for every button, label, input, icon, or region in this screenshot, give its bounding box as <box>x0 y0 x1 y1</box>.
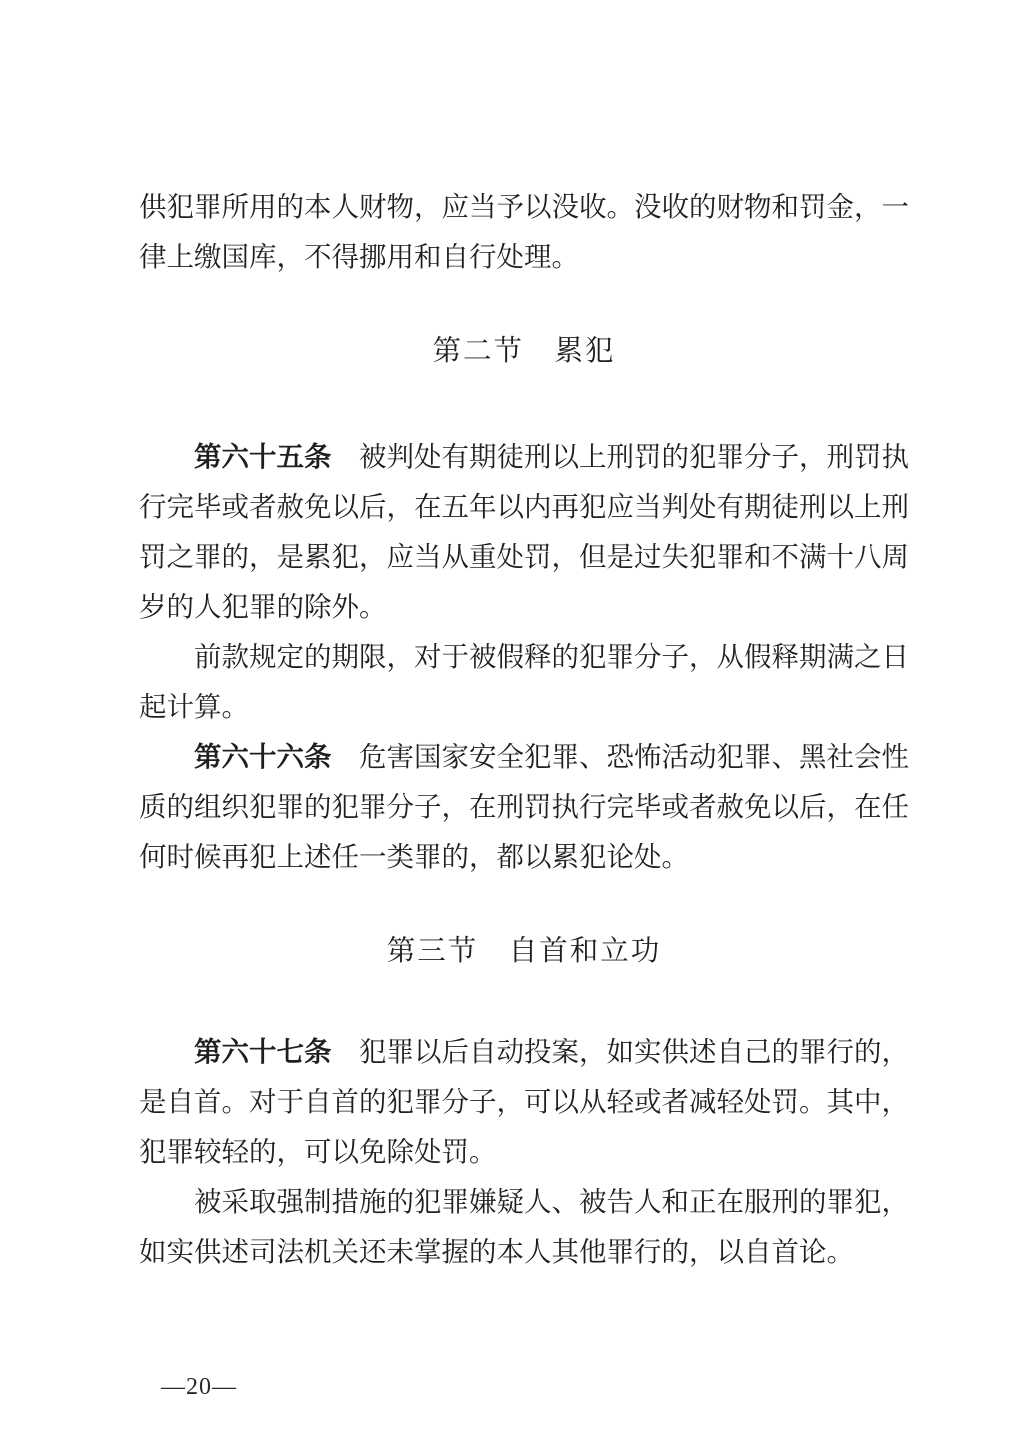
article-65-number: 第六十五条 <box>194 441 332 472</box>
text-line: 罚之罪的，是累犯，应当从重处罚，但是过失犯罪和不满十八周 <box>139 532 909 582</box>
article-65-text: 被判处有期徒刑以上刑罚的犯罪分子，刑罚执 <box>332 441 910 472</box>
text-line: 供犯罪所用的本人财物，应当予以没收。没收的财物和罚金，一 <box>139 182 909 232</box>
article-67-number: 第六十七条 <box>194 1036 332 1067</box>
article-66-number: 第六十六条 <box>194 741 332 772</box>
document-page: 供犯罪所用的本人财物，应当予以没收。没收的财物和罚金，一 律上缴国库，不得挪用和… <box>0 0 1024 1448</box>
article-66: 第六十六条 危害国家安全犯罪、恐怖活动犯罪、黑社会性 质的组织犯罪的犯罪分子，在… <box>139 732 909 882</box>
document-body: 供犯罪所用的本人财物，应当予以没收。没收的财物和罚金，一 律上缴国库，不得挪用和… <box>139 182 909 1277</box>
article-67-text: 犯罪以后自动投案，如实供述自己的罪行的， <box>332 1036 910 1067</box>
page-number: —20— <box>161 1372 237 1402</box>
text-line: 是自首。对于自首的犯罪分子，可以从轻或者减轻处罚。其中， <box>139 1077 909 1127</box>
text-line: 第六十七条 犯罪以后自动投案，如实供述自己的罪行的， <box>139 1027 909 1077</box>
article-65: 第六十五条 被判处有期徒刑以上刑罚的犯罪分子，刑罚执 行完毕或者赦免以后，在五年… <box>139 432 909 632</box>
text-line: 起计算。 <box>139 682 909 732</box>
text-line: 被采取强制措施的犯罪嫌疑人、被告人和正在服刑的罪犯， <box>139 1177 909 1227</box>
text-line: 何时候再犯上述任一类罪的，都以累犯论处。 <box>139 832 909 882</box>
text-line: 律上缴国库，不得挪用和自行处理。 <box>139 232 909 282</box>
text-line: 行完毕或者赦免以后，在五年以内再犯应当判处有期徒刑以上刑 <box>139 482 909 532</box>
text-line: 岁的人犯罪的除外。 <box>139 582 909 632</box>
text-line: 犯罪较轻的，可以免除处罚。 <box>139 1127 909 1177</box>
section-heading-surrender-merit: 第三节 自首和立功 <box>139 927 909 977</box>
article-66-text: 危害国家安全犯罪、恐怖活动犯罪、黑社会性 <box>332 741 910 772</box>
paragraph-parole-term: 前款规定的期限，对于被假释的犯罪分子，从假释期满之日 起计算。 <box>139 632 909 732</box>
text-line: 如实供述司法机关还未掌握的本人其他罪行的，以自首论。 <box>139 1227 909 1277</box>
section-heading-recidivists: 第二节 累犯 <box>139 327 909 377</box>
paragraph-confiscation: 供犯罪所用的本人财物，应当予以没收。没收的财物和罚金，一 律上缴国库，不得挪用和… <box>139 182 909 282</box>
text-line: 第六十五条 被判处有期徒刑以上刑罚的犯罪分子，刑罚执 <box>139 432 909 482</box>
text-line: 第六十六条 危害国家安全犯罪、恐怖活动犯罪、黑社会性 <box>139 732 909 782</box>
article-67: 第六十七条 犯罪以后自动投案，如实供述自己的罪行的， 是自首。对于自首的犯罪分子… <box>139 1027 909 1177</box>
text-line: 质的组织犯罪的犯罪分子，在刑罚执行完毕或者赦免以后，在任 <box>139 782 909 832</box>
paragraph-deemed-surrender: 被采取强制措施的犯罪嫌疑人、被告人和正在服刑的罪犯， 如实供述司法机关还未掌握的… <box>139 1177 909 1277</box>
text-line: 前款规定的期限，对于被假释的犯罪分子，从假释期满之日 <box>139 632 909 682</box>
